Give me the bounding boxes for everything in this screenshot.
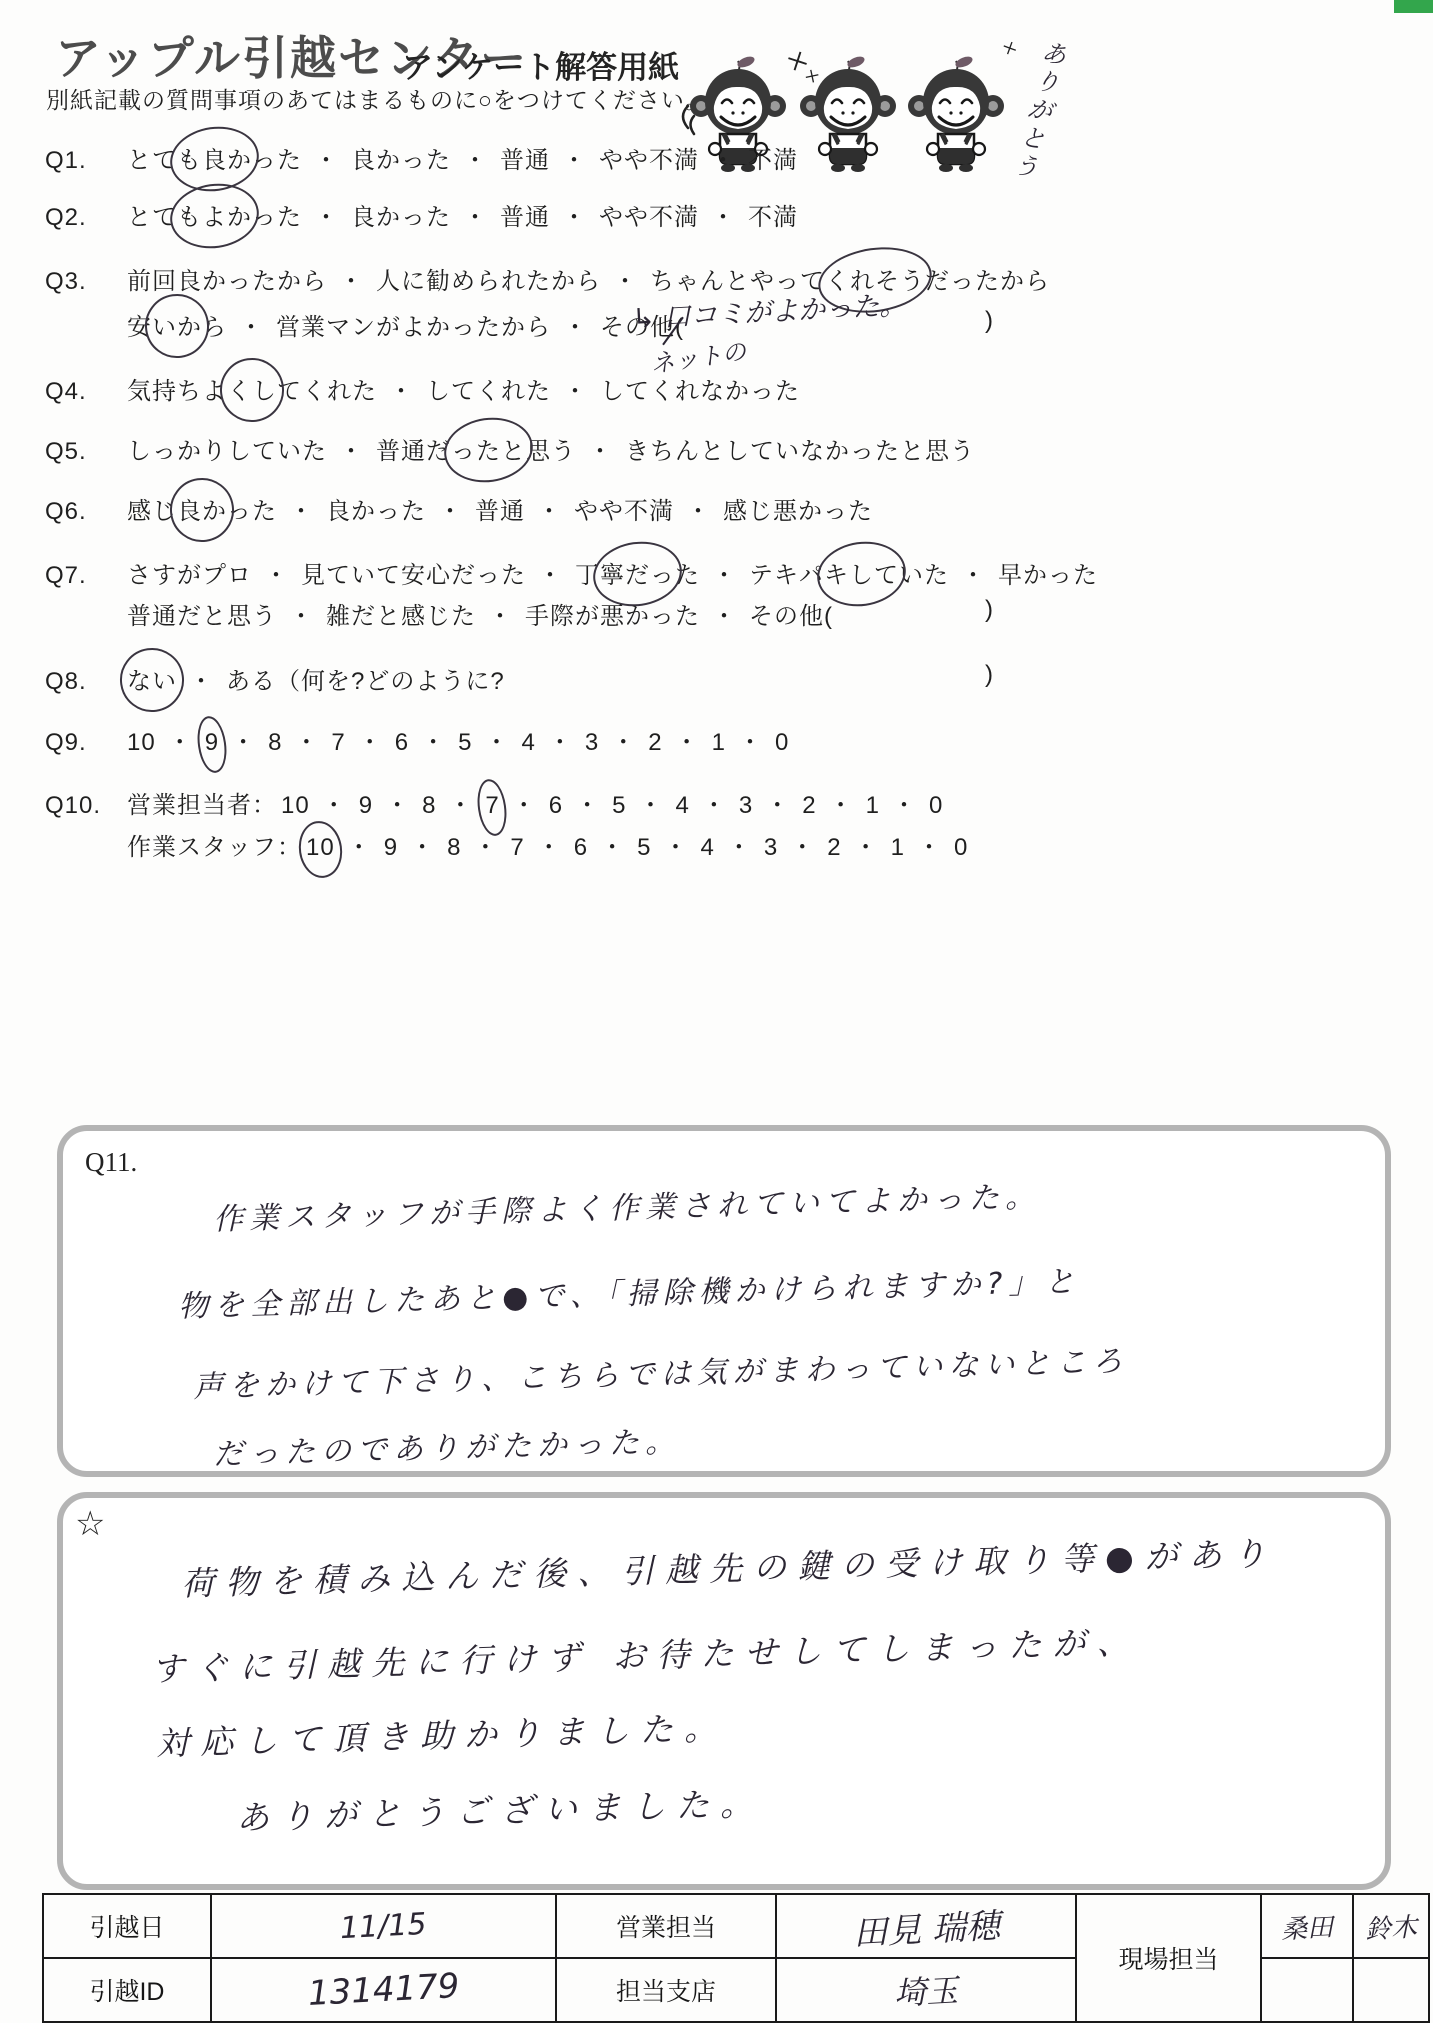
question-row: Q5.しっかりしていた・普通だったと思う・きちんとしていなかったと思う <box>45 431 975 466</box>
option-text: 感じ悪かった <box>723 498 873 525</box>
answer-option: 2 <box>648 729 662 756</box>
circled-answer: 9 <box>205 729 219 757</box>
circled-answer: 良か <box>177 491 227 526</box>
option-text: 良かった <box>351 147 451 174</box>
option-text: 0 <box>929 792 943 819</box>
circled-answer: 7 <box>485 792 499 820</box>
question-row: Q1.とても良かった・良かった・普通・やや不満・不満 <box>45 140 798 175</box>
option-text: 感じ <box>127 498 177 525</box>
option-group-prefix: 営業担当者： <box>127 792 277 819</box>
answer-option: 感じ悪かった <box>723 498 873 525</box>
question-row: Q7.さすがプロ・見ていて安心だった・丁寧だった・テキパキしていた・早かった <box>45 555 1098 590</box>
answer-option: 丁寧だった <box>575 562 700 589</box>
option-text: 6 <box>549 792 563 819</box>
option-separator: ・ <box>563 314 588 341</box>
option-text: 3 <box>739 792 753 819</box>
option-text: た <box>675 562 700 589</box>
option-text: 6 <box>395 729 409 756</box>
star-handwritten-line: すぐに引越先に行けず お待たせしてしまったが、 <box>151 1616 1141 1691</box>
close-paren: ) <box>985 661 994 689</box>
answer-option: 不満 <box>748 204 798 231</box>
option-text: 丁 <box>575 562 600 589</box>
branch-value: 埼玉 <box>893 1965 959 2014</box>
answer-option: 4 <box>676 792 690 819</box>
answer-option: 8 <box>447 834 461 861</box>
option-separator: ・ <box>961 562 986 589</box>
question-label: Q2. <box>45 204 127 232</box>
option-separator: ・ <box>421 729 446 756</box>
answer-option: 普通だったと思う <box>376 438 576 465</box>
question-row: 安いから・営業マンがよかったから・その他() <box>45 307 684 342</box>
option-separator: ・ <box>339 438 364 465</box>
option-separator: ・ <box>289 603 314 630</box>
option-separator: ・ <box>389 378 414 405</box>
option-text: 良かった <box>326 498 426 525</box>
option-text: 5 <box>612 792 626 819</box>
option-separator: ・ <box>488 603 513 630</box>
site-staff-label: 現場担当 <box>1076 1894 1261 2022</box>
option-text: 4 <box>676 792 690 819</box>
answer-option: やや不満 <box>599 147 699 174</box>
question-row: Q9.10・9・8・7・6・5・4・3・2・1・0 <box>45 722 789 757</box>
answer-option: 見ていて安心だった <box>301 562 526 589</box>
option-separator: ・ <box>563 378 588 405</box>
question-row: 作業スタッフ：10・9・8・7・6・5・4・3・2・1・0 <box>45 827 968 862</box>
answer-option: 普通 <box>500 204 550 231</box>
answer-option: してくれなかった <box>600 378 800 405</box>
branch-cell: 埼玉 <box>776 1958 1076 2022</box>
option-text: 人に勧められたから <box>376 268 601 295</box>
question-row: 普通だと思う・雑だと感じた・手際が悪かった・その他() <box>45 596 833 631</box>
circled-answer: ったと <box>451 431 526 466</box>
answer-option: 安いから <box>127 314 227 341</box>
answer-option: 10 <box>306 834 335 861</box>
option-separator: ・ <box>702 792 727 819</box>
option-text: 思う <box>526 438 576 465</box>
option-text: とて <box>127 204 177 231</box>
answer-option: 良かった <box>326 498 426 525</box>
option-text: 8 <box>268 729 282 756</box>
option-text: 8 <box>447 834 461 861</box>
option-separator: ・ <box>264 562 289 589</box>
option-text: 3 <box>764 834 778 861</box>
circled-answer: 寧だっ <box>600 555 675 590</box>
option-text: 普通だ <box>376 438 451 465</box>
option-separator: ・ <box>711 204 736 231</box>
site-staff-value-1: 桑田 <box>1280 1906 1334 1946</box>
option-separator: ・ <box>314 204 339 231</box>
option-text: 見ていて安心だった <box>301 562 526 589</box>
answer-option: 人に勧められたから <box>376 268 601 295</box>
answer-option: 良かった <box>351 204 451 231</box>
option-text: 4 <box>701 834 715 861</box>
option-text: 9 <box>384 834 398 861</box>
option-separator: ・ <box>790 834 815 861</box>
answer-option: 5 <box>612 792 626 819</box>
option-text: 5 <box>458 729 472 756</box>
option-separator: ・ <box>686 498 711 525</box>
site-staff-value-2: 鈴木 <box>1364 1906 1418 1946</box>
option-text: いた <box>899 562 949 589</box>
option-text: 前回良かったから <box>127 268 327 295</box>
answer-option: 6 <box>395 729 409 756</box>
question-row: Q2.とてもよかった・良かった・普通・やや不満・不満 <box>45 197 798 232</box>
option-separator: ・ <box>537 498 562 525</box>
option-text: 安 <box>127 314 152 341</box>
answer-option: きちんとしていなかったと思う <box>625 438 975 465</box>
question-label: Q7. <box>45 562 127 590</box>
option-separator: ・ <box>829 792 854 819</box>
option-text: 2 <box>802 792 816 819</box>
option-text: テキパ <box>749 562 824 589</box>
move-id-label: 引越ID <box>43 1958 211 2022</box>
option-separator: ・ <box>473 834 498 861</box>
answer-option: 気持ちよくしてくれた <box>127 378 377 405</box>
answer-option: 2 <box>802 792 816 819</box>
answer-option: 3 <box>764 834 778 861</box>
question-row: Q8.ない・ある（何を?どのように?) <box>45 661 505 696</box>
option-text: 2 <box>827 834 841 861</box>
footer-table: 引越日 11/15 営業担当 田見 瑞穂 現場担当 桑田 鈴木 引越ID 131… <box>42 1893 1430 2023</box>
question-row: Q10.営業担当者：10・9・8・7・6・5・4・3・2・1・0 <box>45 785 943 820</box>
option-text: 4 <box>522 729 536 756</box>
table-row: 引越日 11/15 営業担当 田見 瑞穂 現場担当 桑田 鈴木 <box>43 1894 1429 1958</box>
sales-rep-label: 営業担当 <box>556 1894 776 1958</box>
option-separator: ・ <box>485 729 510 756</box>
site-staff-cell-1: 桑田 <box>1261 1894 1353 1958</box>
empty-cell <box>1353 1958 1429 2022</box>
close-paren: ) <box>985 307 994 335</box>
option-separator: ・ <box>712 562 737 589</box>
option-separator: ・ <box>314 147 339 174</box>
answer-option: 9 <box>205 729 219 756</box>
circled-answer: もよか <box>177 197 252 232</box>
option-text: 6 <box>574 834 588 861</box>
option-text: きちんとしていなかったと思う <box>625 438 975 465</box>
option-separator: ・ <box>548 729 573 756</box>
option-text: ら <box>202 314 227 341</box>
option-separator: ・ <box>168 729 193 756</box>
option-separator: ・ <box>562 147 587 174</box>
circled-answer: 10 <box>306 834 335 862</box>
circled-answer: キして <box>824 555 899 590</box>
option-text: だったから <box>925 268 1050 295</box>
option-separator: ・ <box>512 792 537 819</box>
option-text: った <box>252 147 302 174</box>
option-text: さすがプロ <box>127 562 252 589</box>
question-row: Q6.感じ良かった・良かった・普通・やや不満・感じ悪かった <box>45 491 873 526</box>
answer-option: 0 <box>929 792 943 819</box>
answer-option: 感じ良かった <box>127 498 277 525</box>
answer-option: 4 <box>701 834 715 861</box>
option-separator: ・ <box>358 729 383 756</box>
option-text: 5 <box>637 834 651 861</box>
option-text: 1 <box>891 834 905 861</box>
option-text: った <box>227 498 277 525</box>
answer-option: 営業マンがよかったから <box>276 314 551 341</box>
option-text: 普通 <box>500 204 550 231</box>
empty-cell <box>1261 1958 1353 2022</box>
option-separator: ・ <box>463 204 488 231</box>
answer-option: 不満 <box>748 147 798 174</box>
answer-option: とても良かった <box>127 147 302 174</box>
option-text: てくれた <box>277 378 377 405</box>
star-handwritten-line: 対応して頂き助かりました。 <box>155 1702 728 1765</box>
question-label: Q5. <box>45 438 127 466</box>
option-separator: ・ <box>712 603 737 630</box>
option-separator: ・ <box>289 498 314 525</box>
option-separator: ・ <box>854 834 879 861</box>
option-separator: ・ <box>892 792 917 819</box>
option-separator: ・ <box>917 834 942 861</box>
option-separator: ・ <box>562 204 587 231</box>
option-text: 7 <box>510 834 524 861</box>
option-separator: ・ <box>611 729 636 756</box>
q11-handwritten-line: だったのでありがたかった。 <box>212 1416 681 1473</box>
option-separator: ・ <box>613 268 638 295</box>
answer-option: テキパキしていた <box>749 562 949 589</box>
option-separator: ・ <box>339 268 364 295</box>
answer-option: 8 <box>268 729 282 756</box>
question-row: Q4.気持ちよくしてくれた・してくれた・してくれなかった <box>45 371 800 406</box>
question-label: Q4. <box>45 378 127 406</box>
option-separator: ・ <box>347 834 372 861</box>
answer-option: 10 <box>127 729 156 756</box>
option-text: 雑だと感じた <box>326 603 476 630</box>
option-text: してくれなかった <box>600 378 800 405</box>
move-date-cell: 11/15 <box>211 1894 556 1958</box>
q11-label: Q11. <box>85 1147 137 1178</box>
option-separator: ・ <box>664 834 689 861</box>
answer-option: してくれた <box>426 378 551 405</box>
option-text: 1 <box>712 729 726 756</box>
option-separator: ・ <box>575 792 600 819</box>
option-separator: ・ <box>538 562 563 589</box>
option-text: 営業マンがよかったから <box>276 314 551 341</box>
option-text: 普通だと思う <box>127 603 277 630</box>
option-separator: ・ <box>448 792 473 819</box>
answer-option: ない <box>127 668 177 695</box>
option-text: 良かった <box>351 204 451 231</box>
answer-option: 1 <box>712 729 726 756</box>
option-text: 不満 <box>748 204 798 231</box>
option-text: 9 <box>359 792 373 819</box>
circled-answer: くし <box>227 371 277 406</box>
option-text: ある（何を?どのように? <box>226 668 505 695</box>
answer-option: ある（何を?どのように? <box>226 668 505 695</box>
option-text: 2 <box>648 729 662 756</box>
option-separator: ・ <box>711 147 736 174</box>
option-text: 3 <box>585 729 599 756</box>
answer-option: 0 <box>954 834 968 861</box>
option-separator: ・ <box>231 729 256 756</box>
option-text: その他( <box>749 603 833 630</box>
answer-option: しっかりしていた <box>127 438 327 465</box>
answer-option: 7 <box>510 834 524 861</box>
question-label: Q3. <box>45 268 127 296</box>
answer-option: 雑だと感じた <box>326 603 476 630</box>
option-text: してくれた <box>426 378 551 405</box>
answer-option: 4 <box>522 729 536 756</box>
answer-option: とてもよかった <box>127 204 302 231</box>
option-separator: ・ <box>738 729 763 756</box>
option-text: 普通 <box>500 147 550 174</box>
star-label: ☆ <box>75 1504 105 1544</box>
q11-handwritten-line: 声をかけて下さり、こちらでは気がまわっていないところ <box>193 1336 1129 1406</box>
option-text: 不満 <box>748 147 798 174</box>
option-text: 0 <box>775 729 789 756</box>
answer-option: 9 <box>384 834 398 861</box>
option-text: 早かった <box>998 562 1098 589</box>
option-separator: ・ <box>537 834 562 861</box>
answer-option: 5 <box>458 729 472 756</box>
q11-handwritten-line: 作業スタッフが手際よく作業されていてよかった。 <box>213 1171 1042 1238</box>
option-separator: ・ <box>588 438 613 465</box>
option-text: やや不満 <box>599 147 699 174</box>
move-date-label: 引越日 <box>43 1894 211 1958</box>
option-separator: ・ <box>385 792 410 819</box>
star-handwritten-line: ありがとうございました。 <box>235 1778 764 1840</box>
option-text: 10 <box>281 792 310 819</box>
answer-option: 普通 <box>475 498 525 525</box>
q11-handwritten-line: 物を全部出したあと●で、「掃除機かけられますか?」と <box>178 1256 1081 1325</box>
question-label: Q1. <box>45 147 127 175</box>
answer-option: 3 <box>585 729 599 756</box>
answer-option: さすがプロ <box>127 562 252 589</box>
option-text: 0 <box>954 834 968 861</box>
move-id-value: 1314179 <box>307 1966 460 2014</box>
sales-rep-value: 田見 瑞穂 <box>851 1898 1000 1955</box>
option-separator: ・ <box>322 792 347 819</box>
star-handwritten-line: 荷物を積み込んだ後、引越先の鍵の受け取り等●があり <box>181 1528 1278 1606</box>
answer-option: 10 <box>281 792 310 819</box>
option-separator: ・ <box>765 792 790 819</box>
option-text: 普通 <box>475 498 525 525</box>
option-text: 気持ちよ <box>127 378 227 405</box>
question-label: Q6. <box>45 498 127 526</box>
option-text: やや不満 <box>599 204 699 231</box>
answer-option: その他( <box>749 603 833 630</box>
option-separator: ・ <box>727 834 752 861</box>
site-staff-cell-2: 鈴木 <box>1353 1894 1429 1958</box>
option-text: 1 <box>866 792 880 819</box>
answer-option: 7 <box>331 729 345 756</box>
answer-option: 前回良かったから <box>127 268 327 295</box>
option-separator: ・ <box>675 729 700 756</box>
move-id-cell: 1314179 <box>211 1958 556 2022</box>
option-separator: ・ <box>463 147 488 174</box>
answer-option: 普通だと思う <box>127 603 277 630</box>
option-separator: ・ <box>438 498 463 525</box>
answer-option: 普通 <box>500 147 550 174</box>
answer-option: 6 <box>574 834 588 861</box>
answer-option: やや不満 <box>574 498 674 525</box>
option-text: 10 <box>127 729 156 756</box>
sales-rep-cell: 田見 瑞穂 <box>776 1894 1076 1958</box>
answer-option: 9 <box>359 792 373 819</box>
question-label: Q8. <box>45 668 127 696</box>
option-text: やや不満 <box>574 498 674 525</box>
answer-option: 早かった <box>998 562 1098 589</box>
answer-option: 6 <box>549 792 563 819</box>
option-separator: ・ <box>600 834 625 861</box>
close-paren: ) <box>985 596 994 624</box>
answer-option: 1 <box>866 792 880 819</box>
option-separator: ・ <box>639 792 664 819</box>
option-text: った <box>252 204 302 231</box>
option-group-prefix: 作業スタッフ： <box>127 834 302 861</box>
answer-option: 3 <box>739 792 753 819</box>
q11-comment-box: Q11. 作業スタッフが手際よく作業されていてよかった。 物を全部出したあと●で… <box>57 1125 1391 1477</box>
option-text: 8 <box>422 792 436 819</box>
answer-option: 0 <box>775 729 789 756</box>
answer-option: 良かった <box>351 147 451 174</box>
option-text: しっかりしていた <box>127 438 327 465</box>
question-label: Q10. <box>45 792 127 820</box>
answer-option: 2 <box>827 834 841 861</box>
answer-option: 手際が悪かった <box>525 603 700 630</box>
question-label: Q9. <box>45 729 127 757</box>
option-separator: ・ <box>294 729 319 756</box>
circled-answer: も良か <box>177 140 252 175</box>
option-separator: ・ <box>410 834 435 861</box>
answer-option: 5 <box>637 834 651 861</box>
answer-option: 7 <box>485 792 499 819</box>
option-separator: ・ <box>239 314 264 341</box>
option-text: 7 <box>331 729 345 756</box>
answer-option: 8 <box>422 792 436 819</box>
option-text: 手際が悪かった <box>525 603 700 630</box>
star-comment-box: ☆ 荷物を積み込んだ後、引越先の鍵の受け取り等●があり すぐに引越先に行けず お… <box>57 1492 1391 1890</box>
circled-answer: ない <box>127 661 177 696</box>
move-date-value: 11/15 <box>339 1906 427 1945</box>
answer-option: 1 <box>891 834 905 861</box>
option-text: とて <box>127 147 177 174</box>
circled-answer: いか <box>152 307 202 342</box>
questionnaire-page: アップル引越センター アンケート解答用紙 別紙記載の質問事項のあてはまるものに○… <box>0 0 1433 2023</box>
answer-option: やや不満 <box>599 204 699 231</box>
branch-label: 担当支店 <box>556 1958 776 2022</box>
option-separator: ・ <box>189 668 214 695</box>
